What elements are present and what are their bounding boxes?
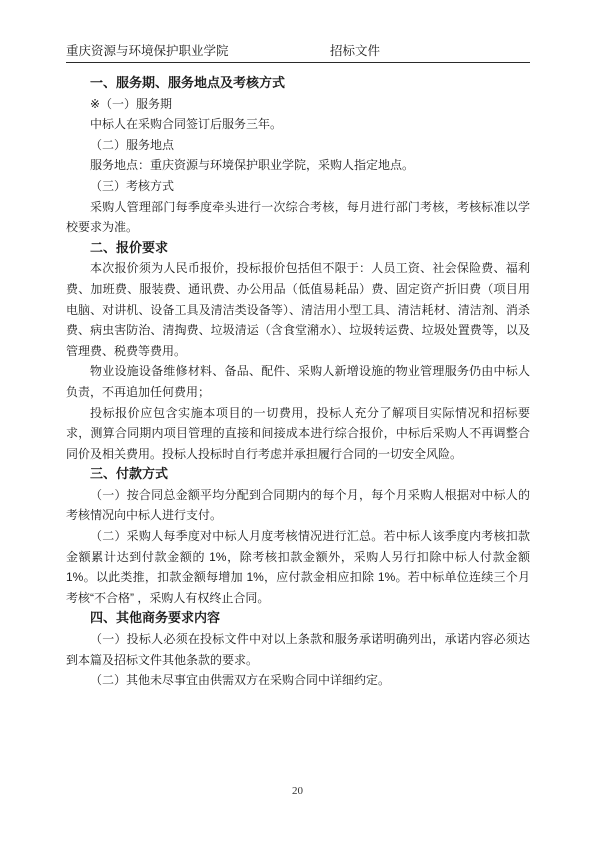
page-content: 重庆资源与环境保护职业学院 招标文件 一、服务期、服务地点及考核方式 ※（一）服…	[66, 44, 530, 691]
paragraph: （二）采购人每季度对中标人月度考核情况进行汇总。若中标人该季度内考核扣款金额累计…	[66, 526, 530, 608]
document-body: 一、服务期、服务地点及考核方式 ※（一）服务期 中标人在采购合同签订后服务三年。…	[66, 73, 530, 691]
paragraph: （三）考核方式	[66, 176, 530, 197]
page-header: 重庆资源与环境保护职业学院 招标文件	[66, 44, 530, 63]
header-doc-type: 招标文件	[330, 44, 380, 59]
section-heading-quotation: 二、报价要求	[66, 238, 530, 259]
paragraph: 服务地点：重庆资源与环境保护职业学院，采购人指定地点。	[66, 155, 530, 176]
paragraph: （二）其他未尽事宜由供需双方在采购合同中详细约定。	[66, 670, 530, 691]
paragraph: 采购人管理部门每季度牵头进行一次综合考核，每月进行部门考核，考核标准以学校要求为…	[66, 197, 530, 238]
section-heading-service: 一、服务期、服务地点及考核方式	[66, 73, 530, 94]
page-number: 20	[292, 785, 303, 797]
section-heading-other-requirements: 四、其他商务要求内容	[66, 608, 530, 629]
page-footer: 20	[0, 785, 595, 797]
paragraph: 物业设施设备维修材料、备品、配件、采购人新增设施的物业管理服务仍由中标人负责，不…	[66, 361, 530, 402]
paragraph: ※（一）服务期	[66, 94, 530, 115]
header-school-name: 重庆资源与环境保护职业学院	[66, 44, 229, 59]
paragraph: 中标人在采购合同签订后服务三年。	[66, 114, 530, 135]
paragraph: 本次报价须为人民币报价，投标报价包括但不限于：人员工资、社会保险费、福利费、加班…	[66, 258, 530, 361]
document-page: 重庆资源与环境保护职业学院 招标文件 一、服务期、服务地点及考核方式 ※（一）服…	[0, 0, 595, 841]
paragraph: （一）按合同总金额平均分配到合同期内的每个月，每个月采购人根据对中标人的考核情况…	[66, 485, 530, 526]
section-heading-payment: 三、付款方式	[66, 464, 530, 485]
paragraph: 投标报价应包含实施本项目的一切费用，投标人充分了解项目实际情况和招标要求，测算合…	[66, 403, 530, 465]
paragraph: （一）投标人必须在投标文件中对以上条款和服务承诺明确列出，承诺内容必须达到本篇及…	[66, 629, 530, 670]
paragraph: （二）服务地点	[66, 135, 530, 156]
